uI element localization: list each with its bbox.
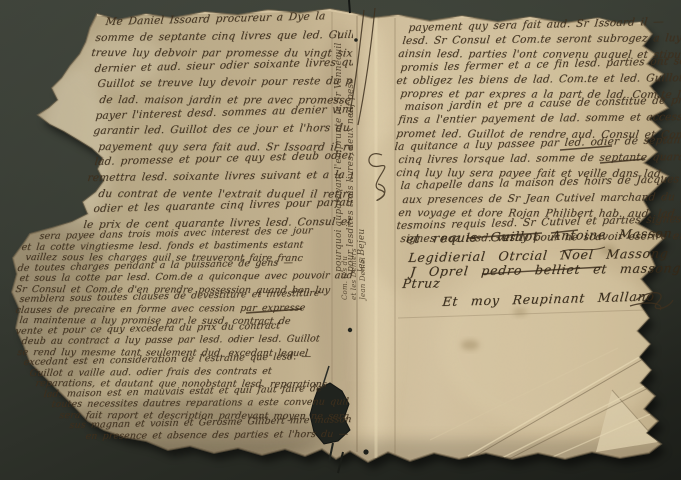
- manuscript-paper: [0, 0, 681, 480]
- archive-scan-background: Me Daniel Issoard procureur a Dye lasomm…: [0, 0, 681, 480]
